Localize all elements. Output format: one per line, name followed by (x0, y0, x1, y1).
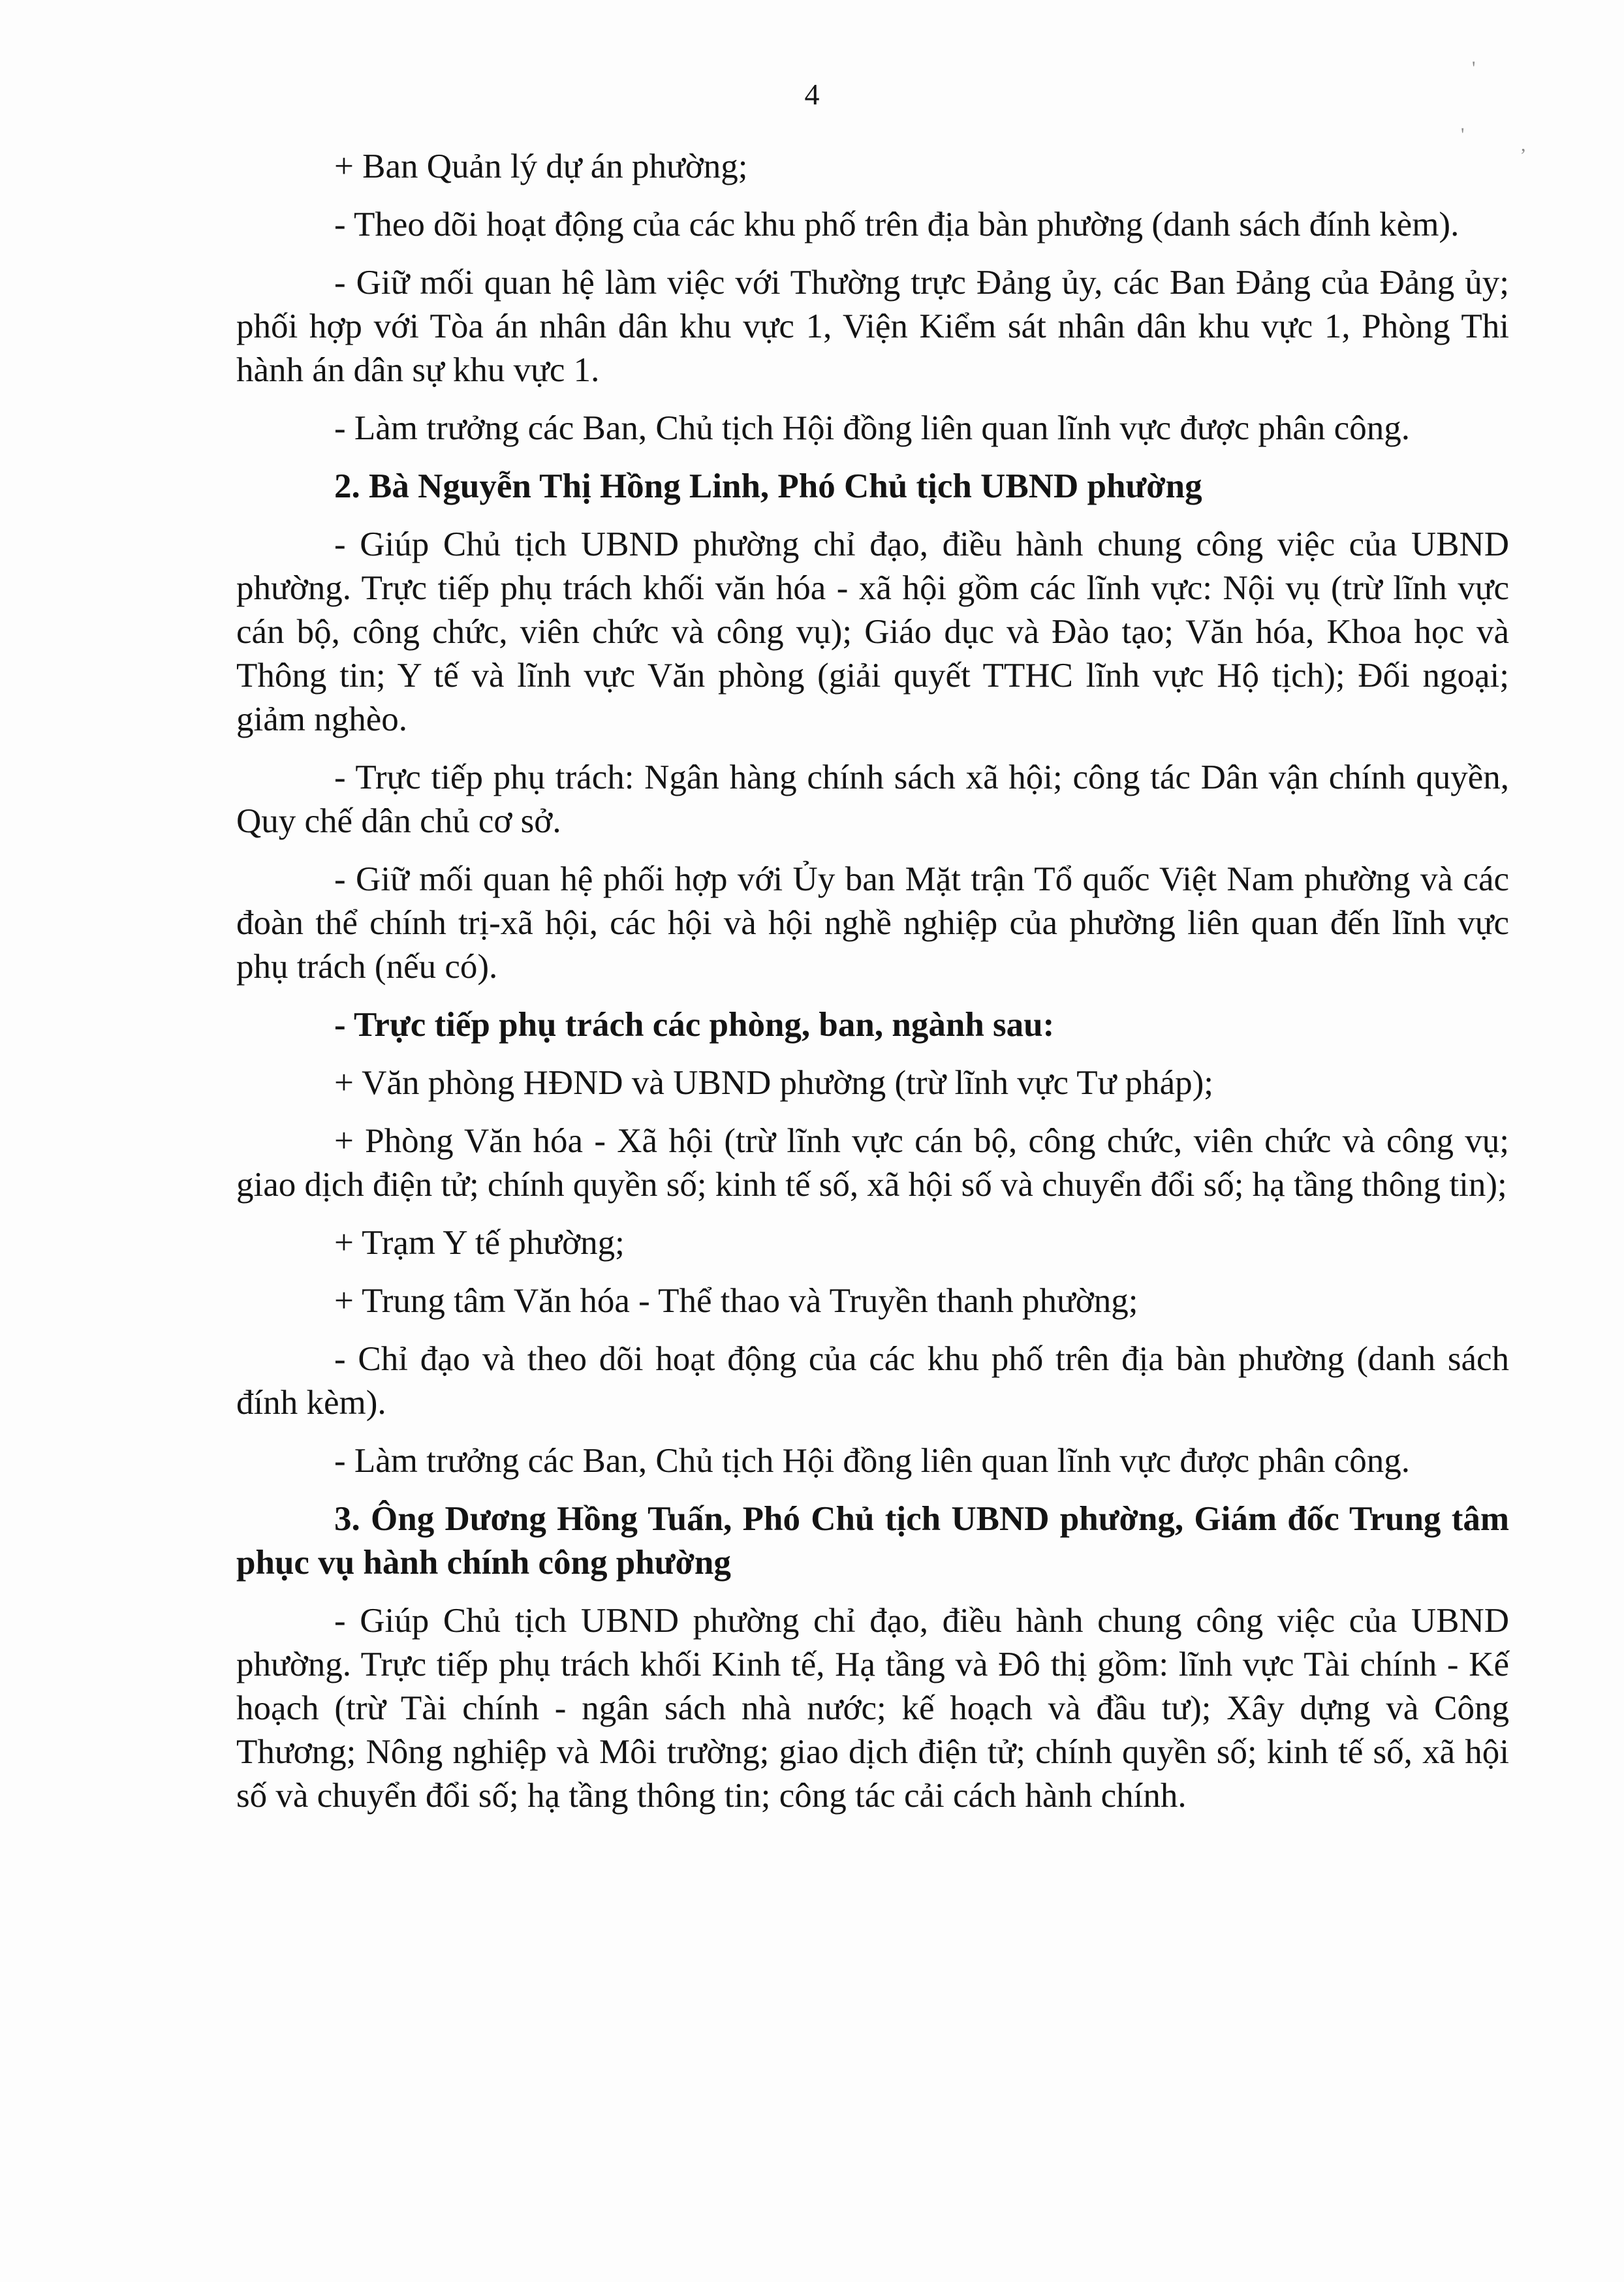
paragraph-ban-quan-ly: + Ban Quản lý dự án phường; (236, 145, 1509, 189)
paragraph-tram-y-te: + Trạm Y tế phường; (236, 1221, 1509, 1265)
scan-speck: ' (1461, 124, 1464, 146)
page-number: 4 (0, 77, 1624, 112)
paragraph-quan-he-lam-viec: - Giữ mối quan hệ làm việc với Thường tr… (236, 261, 1509, 392)
section-heading-3: 3. Ông Dương Hồng Tuấn, Phó Chủ tịch UBN… (236, 1497, 1509, 1585)
paragraph-quan-he-phoi-hop: - Giữ mối quan hệ phối hợp với Ủy ban Mặ… (236, 858, 1509, 989)
paragraph-trung-tam-van-hoa: + Trung tâm Văn hóa - Thể thao và Truyền… (236, 1279, 1509, 1323)
document-page: 4 + Ban Quản lý dự án phường; - Theo dõi… (0, 0, 1624, 2282)
document-body: + Ban Quản lý dự án phường; - Theo dõi h… (236, 145, 1509, 1832)
scan-speck: , (1521, 134, 1526, 156)
paragraph-giup-chu-tich-2: - Giúp Chủ tịch UBND phường chỉ đạo, điề… (236, 523, 1509, 742)
paragraph-truc-tiep-phu-trach: - Trực tiếp phụ trách: Ngân hàng chính s… (236, 756, 1509, 843)
paragraph-lam-truong-ban-1: - Làm trưởng các Ban, Chủ tịch Hội đồng … (236, 407, 1509, 450)
scan-speck: ' (1472, 57, 1475, 80)
paragraph-chi-dao-khu-pho: - Chỉ đạo và theo dõi hoạt động của các … (236, 1337, 1509, 1425)
paragraph-lam-truong-ban-2: - Làm trưởng các Ban, Chủ tịch Hội đồng … (236, 1439, 1509, 1483)
paragraph-giup-chu-tich-3: - Giúp Chủ tịch UBND phường chỉ đạo, điề… (236, 1599, 1509, 1818)
paragraph-theo-doi-khu-pho: - Theo dõi hoạt động của các khu phố trê… (236, 203, 1509, 247)
subheading-phong-ban-nganh: - Trực tiếp phụ trách các phòng, ban, ng… (236, 1003, 1509, 1047)
section-heading-2: 2. Bà Nguyễn Thị Hồng Linh, Phó Chủ tịch… (236, 465, 1509, 508)
paragraph-phong-van-hoa: + Phòng Văn hóa - Xã hội (trừ lĩnh vực c… (236, 1119, 1509, 1207)
paragraph-van-phong-hdnd: + Văn phòng HĐND và UBND phường (trừ lĩn… (236, 1061, 1509, 1105)
